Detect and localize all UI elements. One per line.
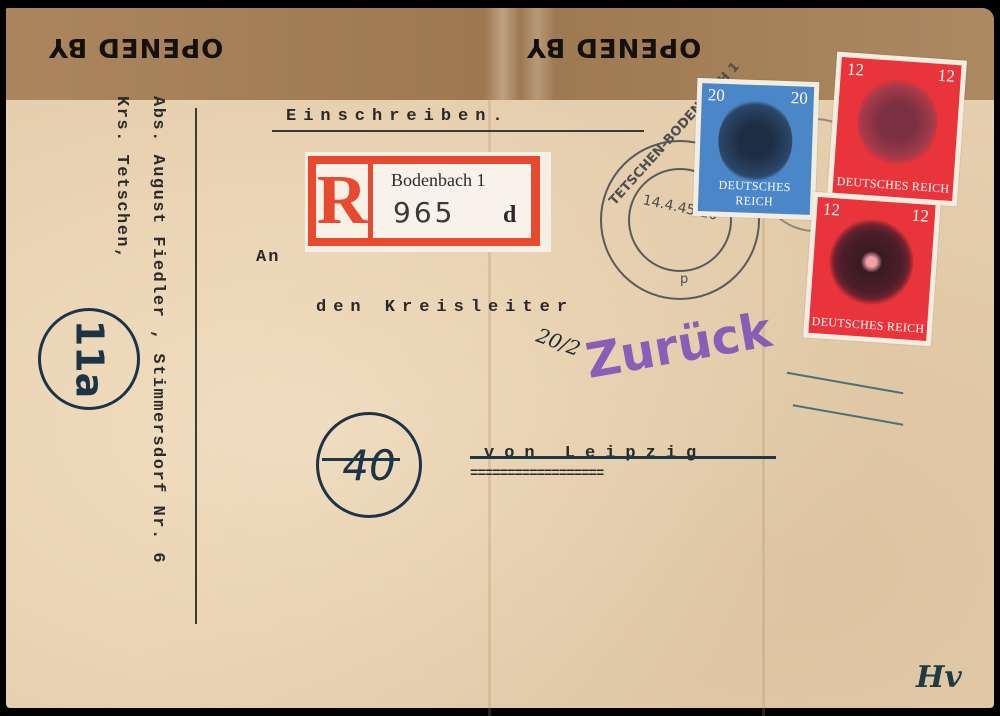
sender-line-2: Krs. Tetschen, <box>112 96 131 260</box>
stamp-value: 12 <box>846 59 864 80</box>
registration-letter: R <box>316 164 368 238</box>
registration-office: Bodenbach 1 <box>391 170 485 191</box>
number-strikethrough <box>322 458 400 461</box>
censor-label: OPENED BY <box>48 32 223 62</box>
service-underline <box>272 130 644 132</box>
stamp-face: 20 20 DEUTSCHES REICH <box>698 83 814 215</box>
circled-number: 40 <box>342 441 395 490</box>
circled-number-stamp: 40 <box>316 412 422 518</box>
recipient: den Kreisleiter <box>316 298 574 317</box>
city-underline: ================== <box>470 466 603 482</box>
city-strikethrough <box>470 456 776 459</box>
censor-label: OPENED BY <box>526 32 701 62</box>
stamp-country: DEUTSCHES REICH <box>809 314 928 337</box>
stamp-value: 20 <box>707 85 725 106</box>
stamp-face: 12 12 DEUTSCHES REICH <box>808 197 935 341</box>
ink-obliteration <box>827 216 917 308</box>
sender-line-1: Abs. August Fiedler , Stimmersdorf Nr. 6 <box>148 96 167 564</box>
stamp-face: 12 12 DEUTSCHES REICH <box>832 57 961 201</box>
postmark-code: p <box>680 272 688 287</box>
censor-number: 11a <box>67 320 111 399</box>
ink-obliteration <box>717 98 794 185</box>
registration-suffix: d <box>503 202 516 229</box>
postage-stamp-20: 20 20 DEUTSCHES REICH <box>693 78 820 220</box>
censor-circle-stamp: 11a <box>38 308 140 410</box>
stamp-value: 12 <box>822 199 840 220</box>
recipient-city: von Leipzig <box>484 444 706 463</box>
service-type: Einschreiben. <box>286 107 510 126</box>
postage-stamp-12-top: 12 12 DEUTSCHES REICH <box>827 52 967 207</box>
stamp-value: 12 <box>911 206 929 227</box>
stamp-value: 20 <box>790 88 808 109</box>
stamp-value: 12 <box>937 66 955 87</box>
ink-obliteration <box>854 74 940 169</box>
address-to: An <box>256 248 280 267</box>
sender-divider <box>195 108 197 624</box>
registration-number: 965 <box>393 196 455 229</box>
registration-label: R Bodenbach 1 965 d <box>305 152 551 252</box>
initials: Hv <box>916 660 962 695</box>
postage-stamp-12-bottom: 12 12 DEUTSCHES REICH <box>803 192 941 347</box>
stamp-country: DEUTSCHES REICH <box>698 177 811 211</box>
